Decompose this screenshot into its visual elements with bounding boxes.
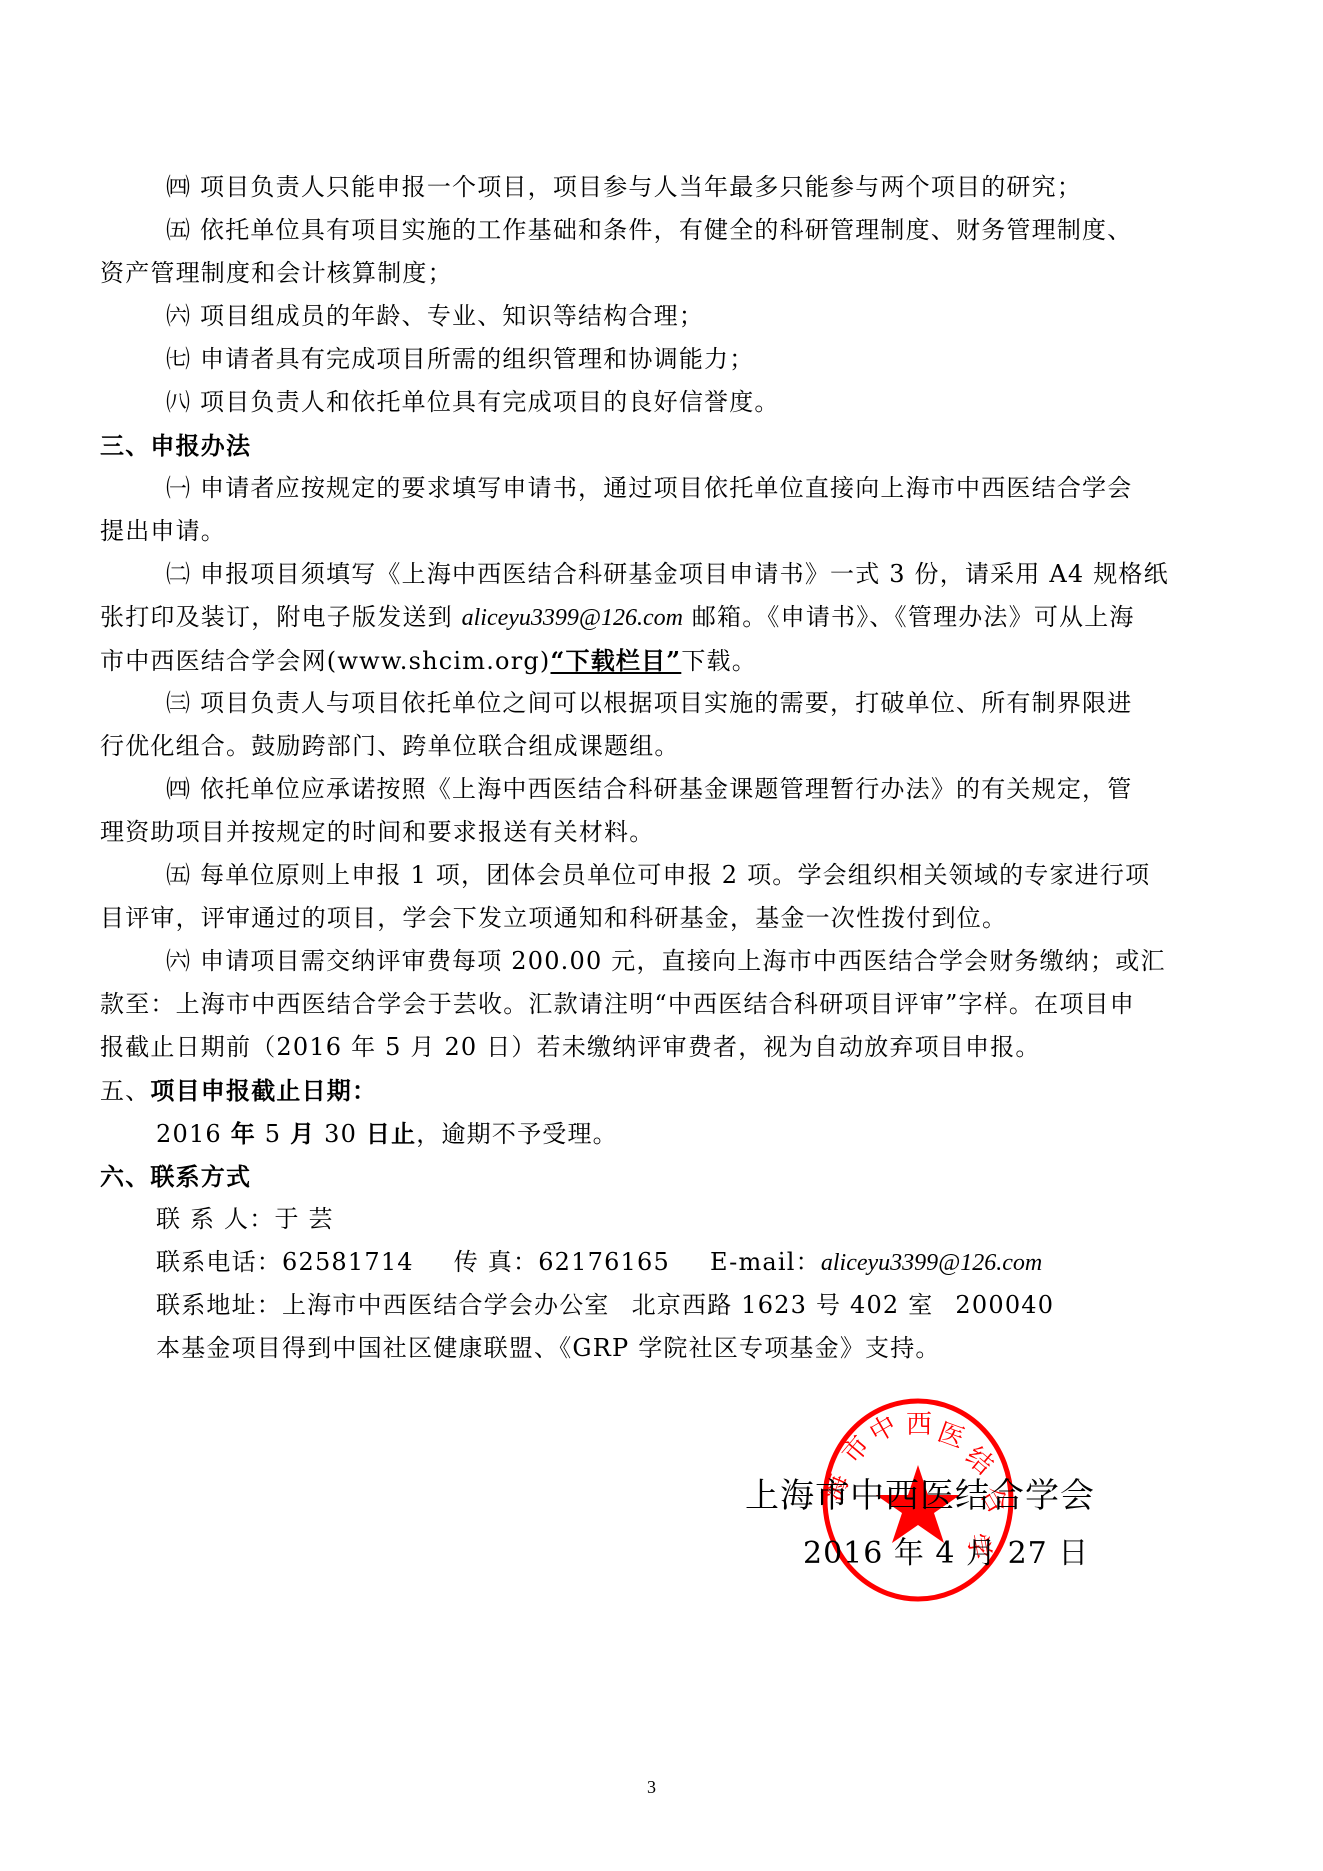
address-street: 北京西路 1623 号 402 室 bbox=[632, 1291, 934, 1319]
criteria-item-8: ㈧ 项目负责人和依托单位具有完成项目的良好信誉度。 bbox=[100, 381, 1210, 424]
email-link[interactable]: aliceyu3399@126.com bbox=[462, 605, 683, 631]
application-item-3-cont: 行优化组合。鼓励跨部门、跨单位联合组成课题组。 bbox=[100, 725, 1210, 768]
application-item-6: ㈥ 申请项目需交纳评审费每项 200.00 元，直接向上海市中西医结合学会财务缴… bbox=[100, 940, 1210, 983]
svg-text:医: 医 bbox=[934, 1417, 969, 1454]
section-heading-deadline: 五、项目申报截止日期： bbox=[100, 1069, 1210, 1112]
application-item-4-cont: 理资助项目并按规定的时间和要求报送有关材料。 bbox=[100, 811, 1210, 854]
section-heading-contact: 六、联系方式 bbox=[100, 1155, 1210, 1198]
fax-label: 传 真： bbox=[454, 1248, 538, 1276]
svg-text:西: 西 bbox=[906, 1410, 932, 1440]
heading-number: 五、 bbox=[100, 1077, 150, 1105]
criteria-item-5-cont: 资产管理制度和会计核算制度； bbox=[100, 252, 1210, 295]
signature-date: 2016 年 4 月 27 日 bbox=[803, 1528, 1089, 1572]
svg-text:市: 市 bbox=[836, 1430, 876, 1469]
signature-organization: 上海市中西医结合学会 bbox=[745, 1468, 1095, 1517]
support-note: 本基金项目得到中国社区健康联盟、《GRP 学院社区专项基金》支持。 bbox=[100, 1327, 1210, 1370]
postcode: 200040 bbox=[955, 1291, 1054, 1319]
criteria-item-7: ㈦ 申请者具有完成项目所需的组织管理和协调能力； bbox=[100, 338, 1210, 381]
day: 30 bbox=[315, 1120, 366, 1148]
section-heading-application: 三、申报办法 bbox=[100, 424, 1210, 467]
phone-value: 62581714 bbox=[282, 1248, 414, 1276]
contact-phone-fax-email: 联系电话：62581714传 真：62176165E-mail：aliceyu3… bbox=[100, 1241, 1210, 1284]
criteria-item-6: ㈥ 项目组成员的年龄、专业、知识等结构合理； bbox=[100, 295, 1210, 338]
application-item-2-cont2: 市中西医结合学会网(www.shcim.org)“下载栏目”下载。 bbox=[100, 639, 1210, 682]
text: 市中西医结合学会网(www.shcim.org) bbox=[100, 647, 551, 675]
label: 联 系 人： bbox=[156, 1205, 274, 1233]
deadline-date: 2016 年 5 月 30 日止，逾期不予受理。 bbox=[100, 1112, 1210, 1155]
email-label: E-mail： bbox=[710, 1248, 821, 1276]
address-office: 上海市中西医结合学会办公室 bbox=[282, 1291, 610, 1319]
application-item-6-cont2: 报截止日期前（2016 年 5 月 20 日）若未缴纳评审费者，视为自动放弃项目… bbox=[100, 1026, 1210, 1069]
page-number: 3 bbox=[647, 1777, 656, 1798]
deadline-note: ，逾期不予受理。 bbox=[416, 1120, 618, 1148]
month: 5 bbox=[256, 1120, 290, 1148]
application-item-5-cont: 目评审，评审通过的项目，学会下发立项通知和科研基金，基金一次性拨付到位。 bbox=[100, 897, 1210, 940]
application-item-1: ㈠ 申请者应按规定的要求填写申请书，通过项目依托单位直接向上海市中西医结合学会 bbox=[100, 467, 1210, 510]
year: 2016 bbox=[156, 1120, 231, 1148]
application-item-3: ㈢ 项目负责人与项目依托单位之间可以根据项目实施的需要，打破单位、所有制界限进 bbox=[100, 682, 1210, 725]
document-page: ㈣ 项目负责人只能申报一个项目，项目参与人当年最多只能参与两个项目的研究； ㈤ … bbox=[0, 0, 1323, 1871]
text: 邮箱。《申请书》、《管理办法》可从上海 bbox=[683, 603, 1135, 631]
address-label: 联系地址： bbox=[156, 1291, 282, 1319]
value: 于 芸 bbox=[274, 1205, 333, 1233]
text: 下载。 bbox=[681, 647, 757, 675]
phone-label: 联系电话： bbox=[156, 1248, 282, 1276]
email-link[interactable]: aliceyu3399@126.com bbox=[821, 1250, 1042, 1276]
month-unit: 月 bbox=[290, 1119, 315, 1148]
application-item-1-cont: 提出申请。 bbox=[100, 510, 1210, 553]
application-item-6-cont: 款至：上海市中西医结合学会于芸收。汇款请注明“中西医结合科研项目评审”字样。在项… bbox=[100, 983, 1210, 1026]
year-unit: 年 bbox=[231, 1119, 256, 1148]
download-section-link[interactable]: “下载栏目” bbox=[551, 646, 682, 675]
text: 张打印及装订，附电子版发送到 bbox=[100, 603, 462, 631]
application-item-2-cont: 张打印及装订，附电子版发送到 aliceyu3399@126.com 邮箱。《申… bbox=[100, 596, 1210, 639]
fax-value: 62176165 bbox=[538, 1248, 670, 1276]
application-item-4: ㈣ 依托单位应承诺按照《上海中西医结合科研基金课题管理暂行办法》的有关规定，管 bbox=[100, 768, 1210, 811]
heading-text: 项目申报截止日期： bbox=[150, 1076, 377, 1105]
day-unit: 日止 bbox=[366, 1119, 416, 1148]
application-item-2: ㈡ 申报项目须填写《上海中西医结合科研基金项目申请书》一式 3 份，请采用 A4… bbox=[100, 553, 1210, 596]
document-body: ㈣ 项目负责人只能申报一个项目，项目参与人当年最多只能参与两个项目的研究； ㈤ … bbox=[100, 166, 1210, 1370]
criteria-item-4: ㈣ 项目负责人只能申报一个项目，项目参与人当年最多只能参与两个项目的研究； bbox=[100, 166, 1210, 209]
contact-address: 联系地址：上海市中西医结合学会办公室北京西路 1623 号 402 室20004… bbox=[100, 1284, 1210, 1327]
application-item-5: ㈤ 每单位原则上申报 1 项，团体会员单位可申报 2 项。学会组织相关领域的专家… bbox=[100, 854, 1210, 897]
criteria-item-5: ㈤ 依托单位具有项目实施的工作基础和条件，有健全的科研管理制度、财务管理制度、 bbox=[100, 209, 1210, 252]
contact-person: 联 系 人：于 芸 bbox=[100, 1198, 1210, 1241]
